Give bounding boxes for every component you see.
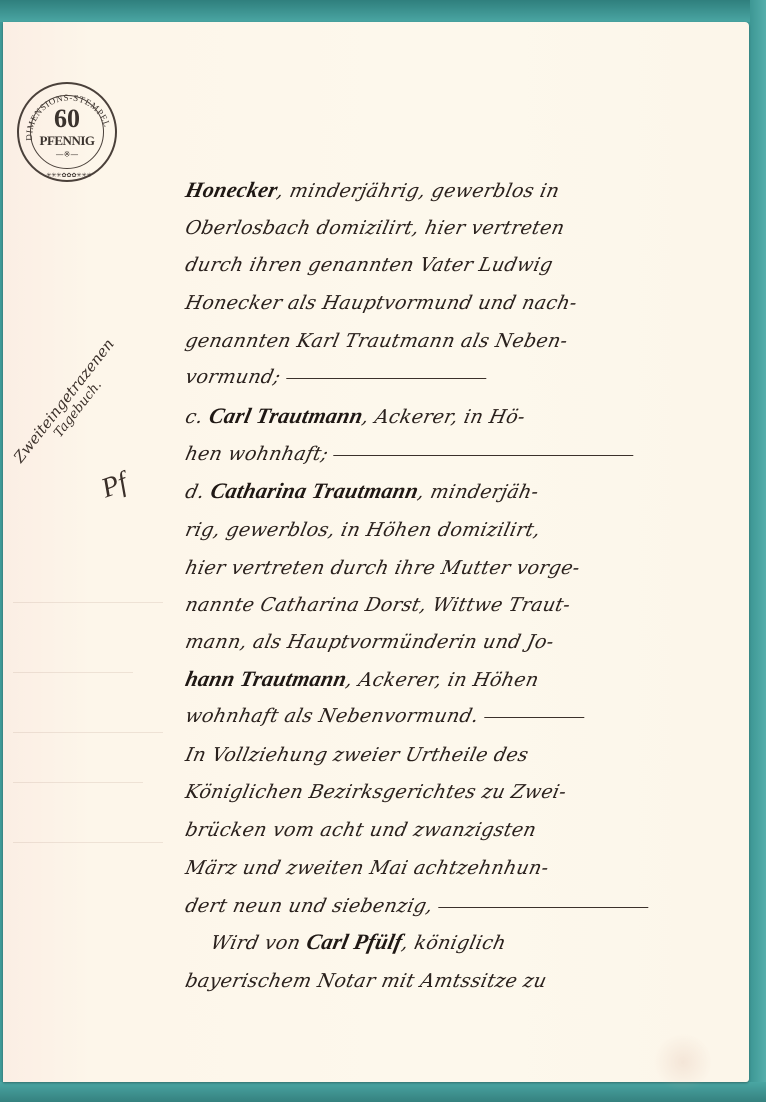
handwritten-line: vormund; (182, 358, 756, 394)
line-text: genannten Karl Trautmann als Neben- (183, 330, 569, 352)
line-text: dert neun und siebenzig, (183, 895, 435, 917)
line-text: , minderjäh- (416, 481, 541, 503)
handwritten-line: dert neun und siebenzig, (182, 887, 756, 923)
handwritten-line: bayerischem Notar mit Amtssitze zu (182, 962, 756, 998)
foxing-stain (653, 1032, 713, 1092)
handwritten-line: c. Carl Trautmann, Ackerer, in Hö- (182, 398, 756, 434)
line-filler-rule (484, 717, 584, 718)
line-proper-name: Carl Trautmann (207, 403, 365, 428)
line-text: nannte Catharina Dorst, Wittwe Traut- (183, 594, 572, 616)
handwritten-line: genannten Karl Trautmann als Neben- (182, 322, 756, 358)
line-text: bayerischem Notar mit Amtssitze zu (183, 970, 548, 992)
ink-bleed-through (13, 842, 163, 843)
handwritten-line: mann, als Hauptvormünderin und Jo- (182, 623, 756, 659)
line-text: hier vertreten durch ihre Mutter vorge- (183, 557, 582, 579)
line-text: , Ackerer, in Höhen (344, 669, 541, 691)
handwritten-line: In Vollziehung zweier Urtheile des (182, 736, 756, 772)
handwritten-line: rig, gewerblos, in Höhen domizilirt, (182, 511, 756, 547)
stamp-unit: PFENNIG (19, 133, 115, 149)
line-text: mann, als Hauptvormünderin und Jo- (183, 631, 556, 653)
handwritten-line: wohnhaft als Nebenvormund. (182, 697, 756, 733)
handwritten-line: Oberlosbach domizilirt, hier vertreten (182, 209, 756, 245)
handwritten-line: Wird von Carl Pfülf, königlich (182, 924, 756, 960)
line-text: , königlich (400, 932, 509, 954)
handwritten-line: hier vertreten durch ihre Mutter vorge- (182, 549, 756, 585)
ink-bleed-through (13, 602, 163, 603)
line-proper-name: Honecker (183, 177, 280, 202)
dimensions-stempel-tax-stamp: DIMENSIONS-STEMPEL ✳✳✳✿✿✿✳✳✳ 60 PFENNIG … (17, 82, 117, 182)
svg-text:✳✳✳✿✿✿✳✳✳: ✳✳✳✿✿✿✳✳✳ (46, 172, 91, 179)
stamp-value: 60 (19, 104, 115, 134)
line-filler-rule (438, 907, 648, 908)
handwritten-line: durch ihren genannten Vater Ludwig (182, 246, 756, 282)
line-proper-name: Carl Pfülf (304, 929, 405, 954)
handwritten-line: Königlichen Bezirksgerichtes zu Zwei- (182, 773, 756, 809)
scan-background-top (0, 0, 766, 22)
line-prefix: Wird von (183, 932, 309, 954)
handwritten-line: Honecker, minderjährig, gewerblos in (182, 172, 756, 208)
line-text: hen wohnhaft; (183, 443, 330, 465)
handwritten-line: nannte Catharina Dorst, Wittwe Traut- (182, 586, 756, 622)
handwritten-line: Honecker als Hauptvormund und nach- (182, 284, 756, 320)
line-proper-name: hann Trautmann (183, 666, 349, 691)
line-text: wohnhaft als Nebenvormund. (183, 705, 481, 727)
line-filler-rule (286, 378, 486, 379)
scan-background-bottom (0, 1082, 766, 1102)
line-text: In Vollziehung zweier Urtheile des (183, 744, 530, 766)
handwritten-line: brücken vom acht und zwanzigsten (182, 811, 756, 847)
handwritten-line: hen wohnhaft; (182, 435, 756, 471)
line-filler-rule (334, 455, 634, 456)
line-text: , Ackerer, in Hö- (360, 406, 527, 428)
ink-bleed-through (13, 732, 163, 733)
line-text: Königlichen Bezirksgerichtes zu Zwei- (183, 781, 568, 803)
stamp-ornament: —※— (19, 150, 115, 159)
line-proper-name: Catharina Trautmann (208, 478, 421, 503)
handwritten-line: d. Catharina Trautmann, minderjäh- (182, 473, 756, 509)
line-text: , minderjährig, gewerblos in (275, 180, 562, 202)
handwritten-line: März und zweiten Mai achtzehnhun- (182, 849, 756, 885)
line-text: Honecker als Hauptvormund und nach- (183, 292, 579, 314)
line-text: Oberlosbach domizilirt, hier vertreten (183, 217, 566, 239)
ink-bleed-through (13, 782, 143, 783)
line-text: durch ihren genannten Vater Ludwig (183, 254, 555, 276)
ink-bleed-through (13, 672, 133, 673)
line-text: rig, gewerblos, in Höhen domizilirt, (183, 519, 542, 541)
line-text: vormund; (183, 366, 282, 388)
handwritten-line: hann Trautmann, Ackerer, in Höhen (182, 661, 756, 697)
line-text: März und zweiten Mai achtzehnhun- (183, 857, 551, 879)
line-text: brücken vom acht und zwanzigsten (183, 819, 538, 841)
